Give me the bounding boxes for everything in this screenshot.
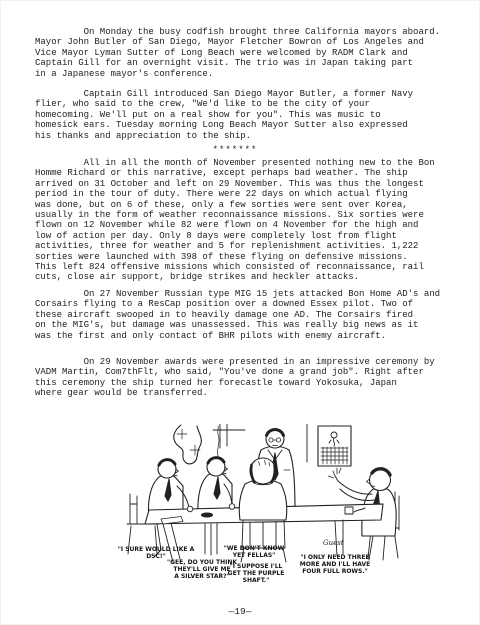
paragraph-4: On 27 November Russian type MIG 15 jets … [35, 289, 437, 341]
paragraph-2: Captain Gill introduced San Diego Mayor … [35, 89, 437, 141]
document-page: On Monday the busy codfish brought three… [0, 0, 480, 625]
cartoon-illustration [85, 424, 415, 564]
pinup-picture-drawing [318, 426, 351, 466]
cartoon-caption-four-rows: "I ONLY NEED THREE MORE AND I'LL HAVE FO… [288, 555, 382, 575]
pilot-figure-right [329, 468, 397, 536]
smoke-line [218, 426, 219, 456]
cartoon-caption-dont-know: "WE DON'T KNOW YET FELLAS" [221, 546, 287, 560]
section-separator: ******* [35, 145, 435, 155]
artist-signature: Guest [323, 539, 344, 547]
paragraph-5: On 29 November awards were presented in … [35, 357, 437, 399]
paragraph-1: On Monday the busy codfish brought three… [35, 27, 437, 79]
page-number: —19— [0, 606, 480, 617]
paragraph-3: All in all the month of November present… [35, 158, 437, 283]
cartoon-caption-purple-shaft: "I SUPPOSE I'LL GET THE PURPLE SHAFT." [221, 564, 291, 584]
